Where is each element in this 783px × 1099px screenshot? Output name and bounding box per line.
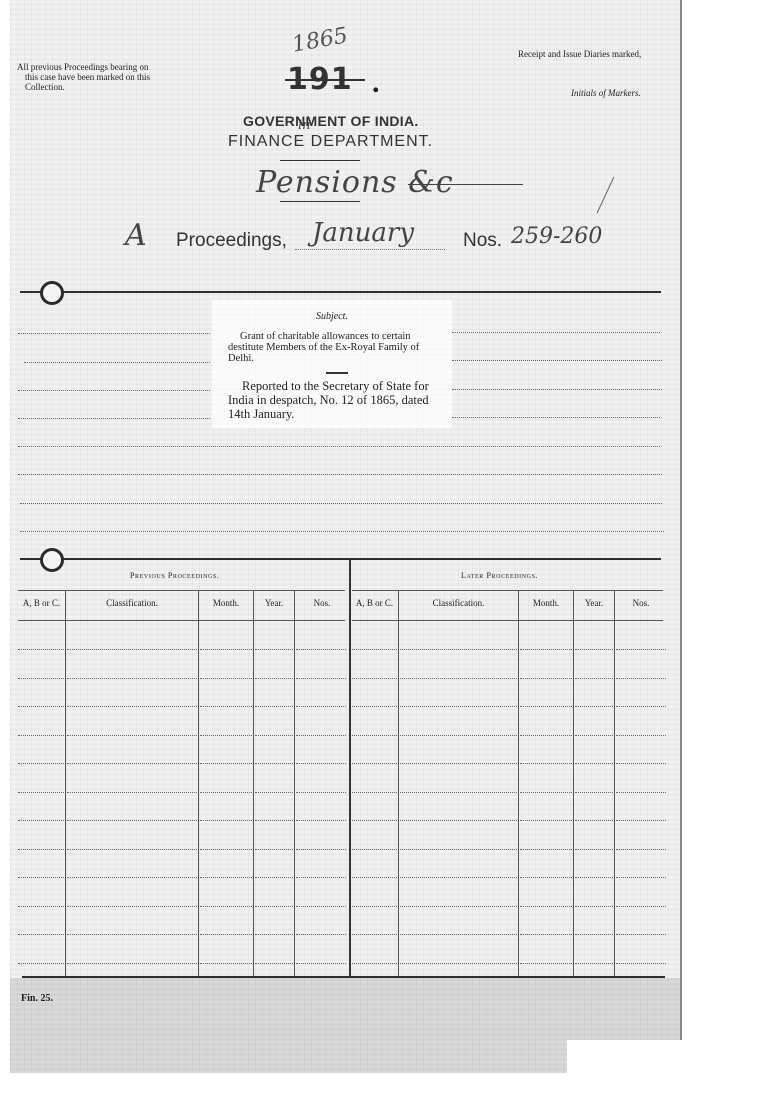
later-col-abc: A, B or C.: [351, 598, 398, 608]
table-row-line: [352, 678, 397, 679]
table-row-line: [296, 849, 346, 850]
table-row-line: [616, 963, 666, 964]
note-line-2: this case have been marked on this: [17, 72, 167, 82]
table-row-line: [352, 963, 397, 964]
table-row-line: [67, 792, 197, 793]
column-divider: [614, 590, 615, 976]
table-row-line: [400, 820, 517, 821]
table-row-line: [200, 792, 252, 793]
table-row-line: [18, 849, 64, 850]
table-row-line: [200, 877, 252, 878]
table-row-line: [18, 963, 64, 964]
later-col-year: Year.: [574, 598, 614, 608]
table-row-line: [520, 649, 572, 650]
ruled-line: [18, 390, 210, 391]
form-code: Fin. 25.: [21, 993, 53, 1004]
table-row-line: [255, 963, 293, 964]
table-row-line: [67, 963, 197, 964]
nos-label: Nos.: [463, 230, 502, 252]
table-row-line: [575, 649, 613, 650]
table-row-line: [352, 849, 397, 850]
table-row-line: [520, 678, 572, 679]
table-row-line: [520, 820, 572, 821]
table-row-line: [575, 877, 613, 878]
table-center-divider: [349, 560, 351, 978]
table-row-line: [18, 678, 64, 679]
table-row-line: [520, 706, 572, 707]
table-row-line: [67, 820, 197, 821]
table-row-line: [255, 649, 293, 650]
table-row-line: [400, 735, 517, 736]
ruled-line: [18, 418, 210, 419]
table-row-line: [200, 735, 252, 736]
table-row-line: [352, 934, 397, 935]
table-row-line: [255, 934, 293, 935]
torn-corner: [567, 1040, 783, 1099]
table-row-line: [296, 678, 346, 679]
header-top-line: [18, 590, 345, 591]
column-divider: [65, 590, 66, 976]
ruled-line: [452, 417, 660, 418]
table-row-line: [575, 820, 613, 821]
subject-report: Reported to the Secretary of State for I…: [228, 379, 446, 421]
table-row-line: [296, 877, 346, 878]
subject-underline-top: [280, 160, 360, 161]
proceedings-month: January: [312, 218, 414, 248]
ruled-line: [20, 503, 662, 504]
table-row-line: [616, 934, 666, 935]
table-row-line: [296, 763, 346, 764]
table-row-line: [200, 678, 252, 679]
table-row-line: [255, 820, 293, 821]
proceedings-month-field: [295, 249, 445, 250]
file-number-dot: .: [372, 66, 380, 100]
government-heading: GOVERNMENT OF INDIA.: [243, 113, 419, 129]
table-row-line: [575, 763, 613, 764]
binding-hole-icon: [40, 548, 64, 572]
table-row-line: [18, 792, 64, 793]
ruled-line: [452, 360, 662, 361]
table-row-line: [255, 735, 293, 736]
binding-hole-icon: [40, 281, 64, 305]
receipt-issue-note: Receipt and Issue Diaries marked,: [518, 49, 641, 59]
later-col-month: Month.: [519, 598, 573, 608]
table-row-line: [200, 649, 252, 650]
prev-col-year: Year.: [254, 598, 294, 608]
table-row-line: [200, 934, 252, 935]
table-row-line: [616, 735, 666, 736]
column-divider: [398, 590, 399, 976]
table-row-line: [575, 963, 613, 964]
table-row-line: [352, 735, 397, 736]
table-row-line: [67, 934, 197, 935]
table-row-line: [67, 906, 197, 907]
column-divider: [198, 590, 199, 976]
ruled-line: [18, 333, 210, 334]
header-bottom-line: [18, 620, 345, 621]
table-row-line: [575, 849, 613, 850]
ruled-line: [24, 362, 210, 363]
table-row-line: [352, 906, 397, 907]
table-row-line: [352, 706, 397, 707]
table-row-line: [616, 877, 666, 878]
nos-value: 259-260: [511, 224, 602, 249]
table-row-line: [575, 678, 613, 679]
table-row-line: [18, 877, 64, 878]
previous-proceedings-heading: Previous Proceedings.: [130, 571, 220, 580]
table-row-line: [296, 649, 346, 650]
table-row-line: [575, 934, 613, 935]
table-row-line: [352, 649, 397, 650]
table-row-line: [616, 906, 666, 907]
table-bottom-rule: [22, 976, 665, 978]
table-row-line: [520, 877, 572, 878]
table-row-line: [575, 792, 613, 793]
column-divider: [253, 590, 254, 976]
table-row-line: [400, 792, 517, 793]
table-row-line: [18, 906, 64, 907]
column-divider: [518, 590, 519, 976]
column-divider: [294, 590, 295, 976]
table-row-line: [575, 706, 613, 707]
table-row-line: [520, 934, 572, 935]
table-row-line: [616, 706, 666, 707]
table-row-line: [296, 706, 346, 707]
table-row-line: [296, 735, 346, 736]
table-row-line: [18, 649, 64, 650]
table-row-line: [400, 649, 517, 650]
prev-col-nos: Nos.: [295, 598, 349, 608]
subject-text: Grant of charitable allowances to certai…: [228, 331, 446, 364]
note-line-3: Collection.: [17, 82, 167, 92]
table-row-line: [255, 906, 293, 907]
table-row-line: [616, 649, 666, 650]
table-row-line: [67, 706, 197, 707]
table-row-line: [255, 706, 293, 707]
table-row-line: [616, 763, 666, 764]
table-row-line: [18, 820, 64, 821]
later-proceedings-heading: Later Proceedings.: [461, 571, 538, 580]
table-row-line: [255, 877, 293, 878]
table-row-line: [18, 934, 64, 935]
table-row-line: [575, 906, 613, 907]
table-row-line: [200, 963, 252, 964]
table-row-line: [400, 706, 517, 707]
table-row-line: [352, 792, 397, 793]
table-row-line: [296, 963, 346, 964]
note-line-1: All previous Proceedings bearing on: [17, 62, 167, 72]
table-row-line: [67, 678, 197, 679]
table-row-line: [67, 735, 197, 736]
table-row-line: [200, 706, 252, 707]
table-top-rule: [20, 558, 661, 560]
table-row-line: [67, 649, 197, 650]
table-row-line: [520, 849, 572, 850]
initials-of-markers: Initials of Markers.: [571, 88, 641, 98]
table-row-line: [296, 820, 346, 821]
ruled-line: [452, 389, 662, 390]
table-row-line: [520, 735, 572, 736]
table-row-line: [296, 934, 346, 935]
table-row-line: [400, 934, 517, 935]
table-row-line: [18, 763, 64, 764]
department-heading: FINANCE DEPARTMENT.: [228, 133, 433, 151]
table-row-line: [255, 792, 293, 793]
table-row-line: [255, 849, 293, 850]
table-row-line: [67, 849, 197, 850]
table-row-line: [400, 678, 517, 679]
table-row-line: [67, 877, 197, 878]
ruled-line: [18, 446, 660, 447]
table-row-line: [400, 963, 517, 964]
table-row-line: [200, 763, 252, 764]
table-row-line: [520, 763, 572, 764]
prev-col-abc: A, B or C.: [18, 598, 65, 608]
prev-col-classification: Classification.: [66, 598, 198, 608]
subject-flourish: [408, 184, 523, 185]
previous-proceedings-note: All previous Proceedings bearing on this…: [17, 62, 167, 92]
top-divider-rule: [20, 291, 661, 293]
table-row-line: [255, 678, 293, 679]
table-row-line: [352, 820, 397, 821]
table-row-line: [616, 849, 666, 850]
table-row-line: [200, 820, 252, 821]
later-col-classification: Classification.: [399, 598, 518, 608]
file-number-strikethrough: [285, 79, 365, 81]
table-row-line: [296, 906, 346, 907]
table-row-line: [520, 792, 572, 793]
table-row-line: [352, 763, 397, 764]
ruled-line: [452, 332, 660, 333]
table-row-line: [520, 963, 572, 964]
table-row-line: [400, 877, 517, 878]
table-row-line: [18, 706, 64, 707]
ruled-line: [20, 531, 664, 532]
table-row-line: [200, 849, 252, 850]
subject-separator: [326, 372, 348, 374]
department-handwritten-insert: in: [298, 118, 311, 133]
table-row-line: [616, 678, 666, 679]
table-row-line: [296, 792, 346, 793]
subject-title: Subject.: [316, 311, 348, 322]
column-divider: [573, 590, 574, 976]
table-row-line: [200, 906, 252, 907]
table-row-line: [352, 877, 397, 878]
prev-col-month: Month.: [199, 598, 253, 608]
table-row-line: [616, 792, 666, 793]
proceedings-prefix: A: [125, 218, 147, 253]
handwritten-subject: Pensions &c: [256, 165, 454, 200]
table-row-line: [616, 820, 666, 821]
later-col-nos: Nos.: [615, 598, 667, 608]
proceedings-label: Proceedings,: [176, 230, 287, 252]
table-row-line: [400, 906, 517, 907]
table-row-line: [520, 906, 572, 907]
ruled-line: [18, 474, 662, 475]
table-row-line: [255, 763, 293, 764]
table-row-line: [400, 763, 517, 764]
table-row-line: [18, 735, 64, 736]
subject-underline-bottom: [280, 201, 360, 202]
table-row-line: [67, 763, 197, 764]
table-row-line: [575, 735, 613, 736]
table-row-line: [400, 849, 517, 850]
